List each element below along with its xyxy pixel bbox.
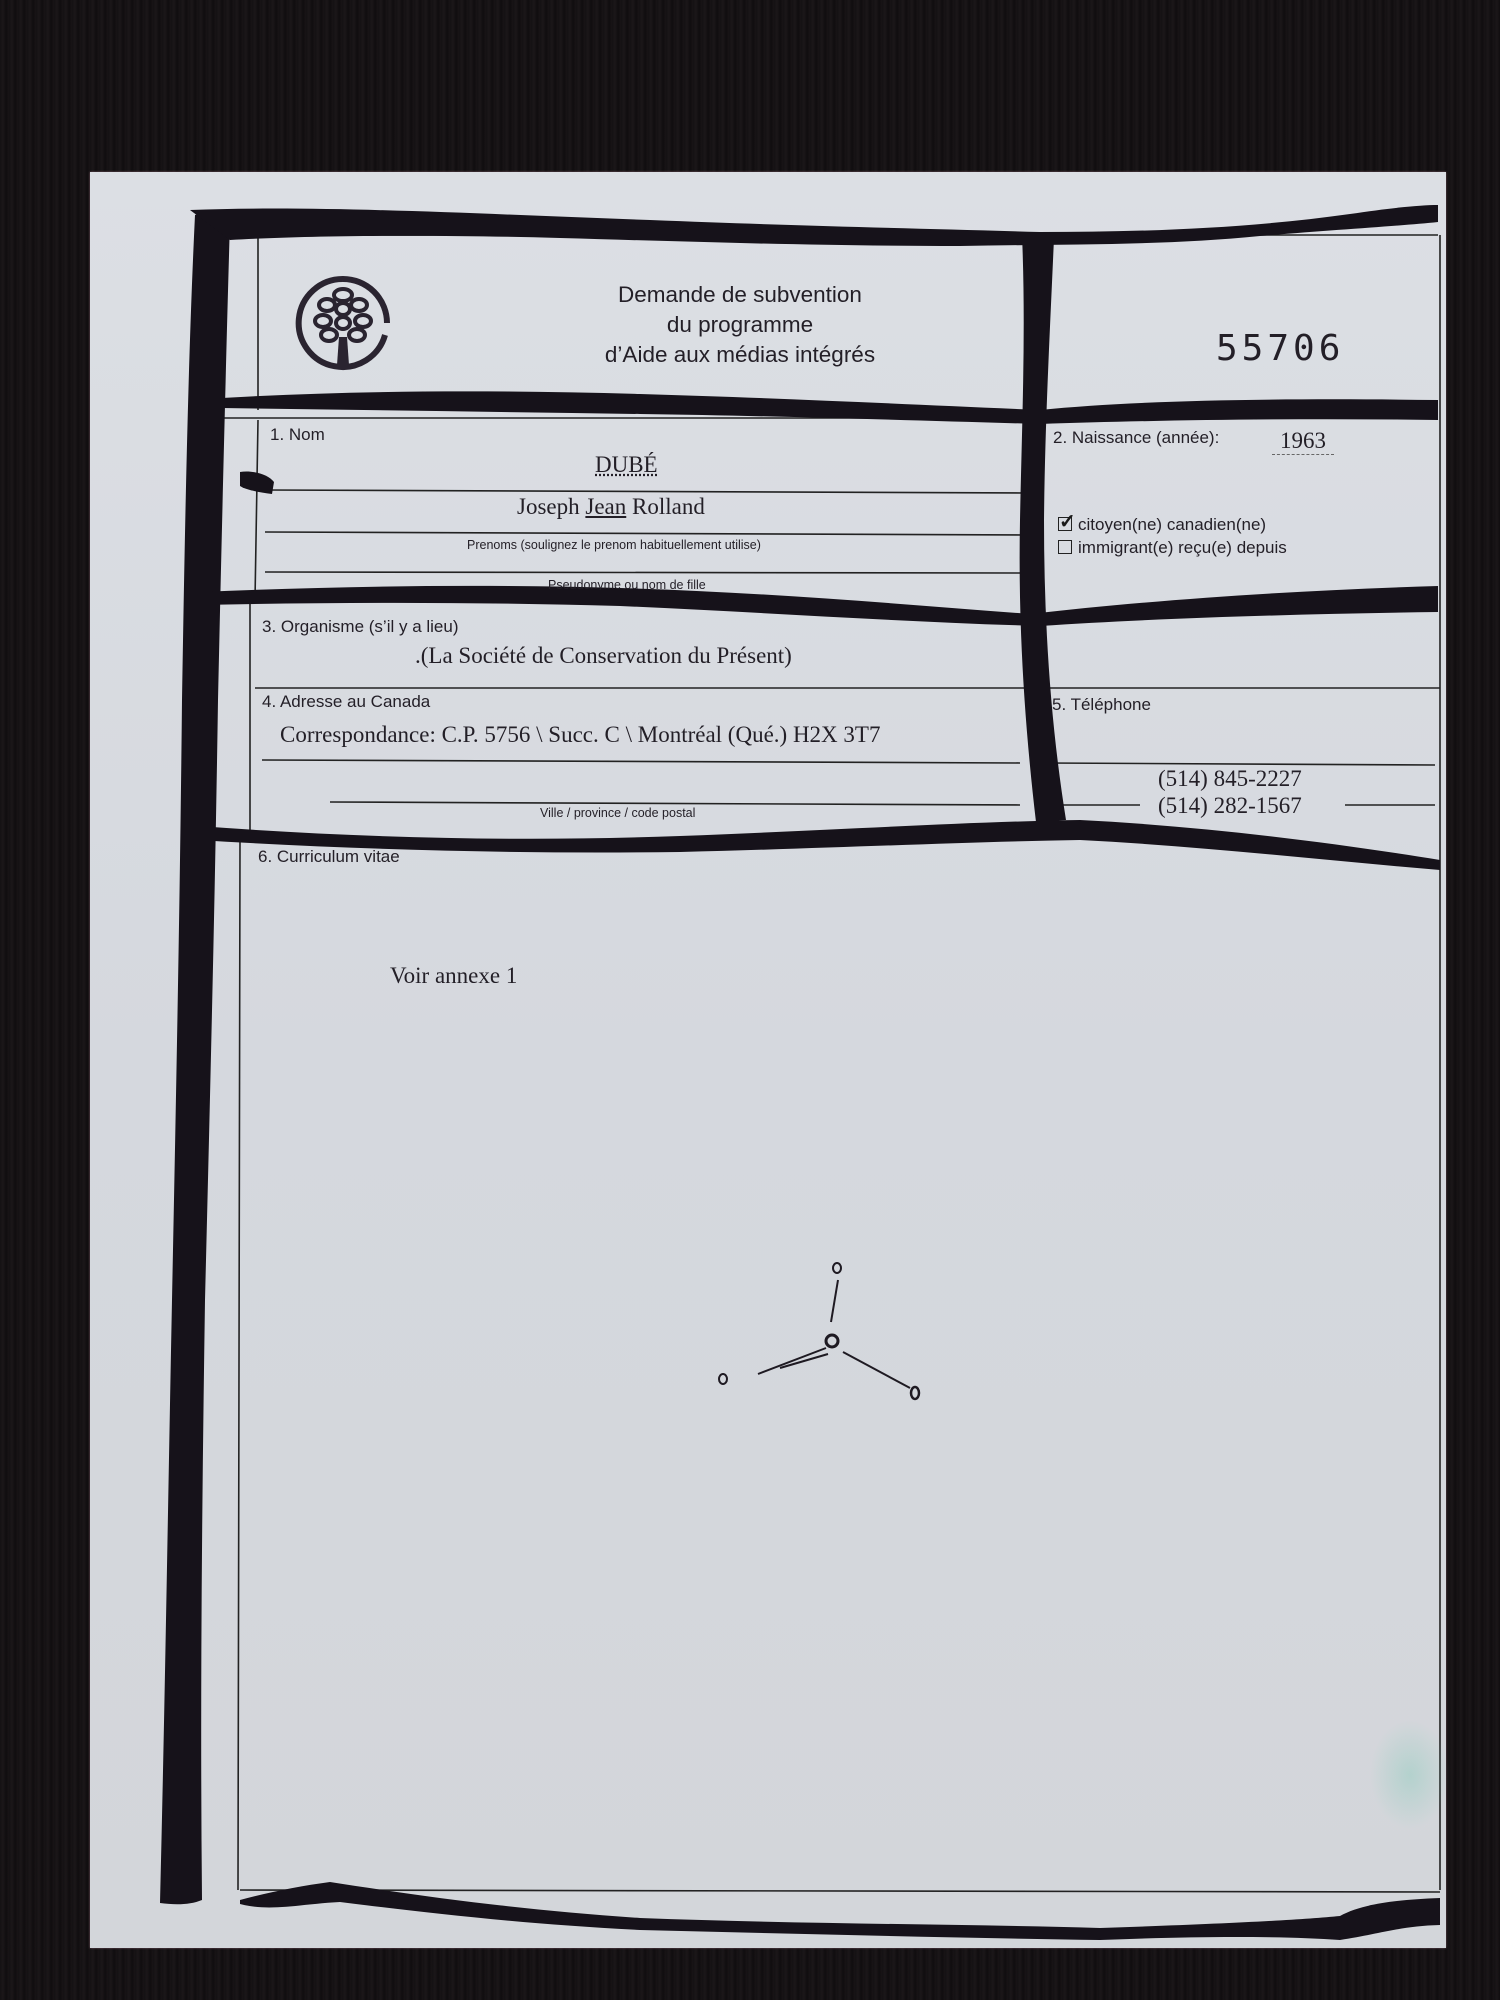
section-2-label: 2. Naissance (année): — [1053, 428, 1219, 448]
pseudonym-caption: Pseudonyme ou nom de fille — [548, 578, 706, 590]
first-name-1: Joseph — [517, 494, 580, 519]
citizen-checkbox-checked[interactable] — [1058, 517, 1072, 531]
title-line-2: du programme — [530, 310, 950, 340]
section-1-label: 1. Nom — [270, 425, 325, 445]
phone-2: (514) 282-1567 — [1158, 793, 1302, 819]
address-value: Correspondance: C.P. 5756 \ Succ. C \ Mo… — [280, 722, 880, 748]
phone-1: (514) 845-2227 — [1158, 766, 1302, 792]
title-line-1: Demande de subvention — [530, 280, 950, 310]
immigrant-option[interactable]: immigrant(e) reçu(e) depuis — [1058, 538, 1287, 558]
paper-stain — [1370, 1720, 1450, 1830]
first-name-usual: Jean — [585, 494, 626, 519]
program-logo-tree-icon — [295, 275, 391, 371]
address-caption: Ville / province / code postal — [540, 806, 695, 820]
immigrant-checkbox[interactable] — [1058, 540, 1072, 554]
section-6-label: 6. Curriculum vitae — [258, 847, 400, 867]
section-5-label: 5. Téléphone — [1052, 695, 1151, 715]
section-4-label: 4. Adresse au Canada — [262, 692, 430, 712]
birth-year-value: 1963 — [1272, 428, 1334, 455]
citizen-option[interactable]: citoyen(ne) canadien(ne) — [1058, 515, 1266, 535]
citizen-label: citoyen(ne) canadien(ne) — [1078, 515, 1266, 534]
reference-number: 55706 — [1216, 328, 1344, 369]
first-name-3: Rolland — [632, 494, 705, 519]
form-title: Demande de subvention du programme d’Aid… — [530, 280, 950, 370]
section-3-label: 3. Organisme (s’il y a lieu) — [262, 617, 459, 637]
title-line-3: d’Aide aux médias intégrés — [530, 340, 950, 370]
organization-value: .(La Société de Conservation du Présent) — [415, 643, 792, 669]
hand-drawn-sketch — [700, 1250, 940, 1410]
immigrant-label: immigrant(e) reçu(e) depuis — [1078, 538, 1287, 557]
surname-value: DUBÉ — [595, 452, 658, 478]
curriculum-value: Voir annexe 1 — [390, 963, 517, 989]
first-names-caption: Prenoms (soulignez le prenom habituellem… — [467, 538, 761, 552]
first-names-value: Joseph Jean Rolland — [517, 494, 705, 520]
